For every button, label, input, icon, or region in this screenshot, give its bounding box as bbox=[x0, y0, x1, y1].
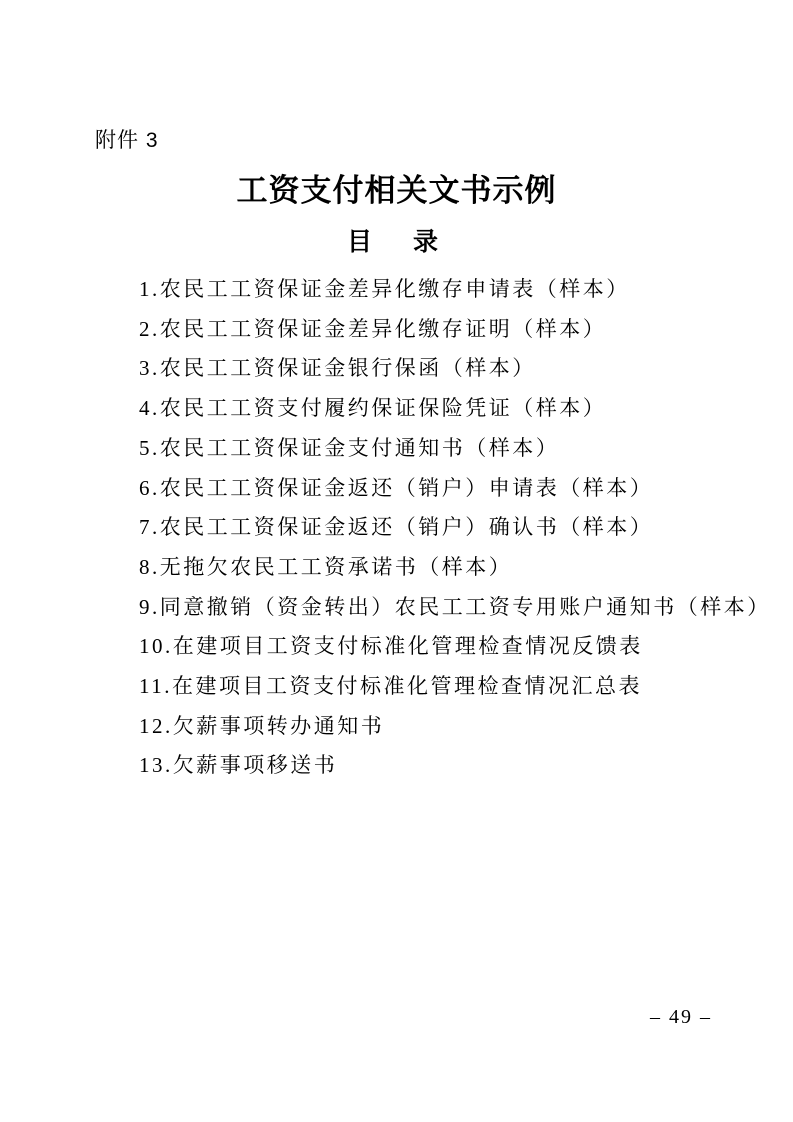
toc-item: 7.农民工工资保证金返还（销户）确认书（样本） bbox=[139, 508, 739, 548]
toc-item: 2.农民工工资保证金差异化缴存证明（样本） bbox=[139, 310, 739, 350]
attachment-label: 附件 3 bbox=[95, 124, 159, 154]
toc-item: 13.欠薪事项移送书 bbox=[139, 746, 739, 786]
toc-heading: 目 录 bbox=[0, 222, 793, 258]
document-page: 附件 3 工资支付相关文书示例 目 录 1.农民工工资保证金差异化缴存申请表（样… bbox=[0, 0, 793, 1122]
toc-item: 10.在建项目工资支付标准化管理检查情况反馈表 bbox=[139, 627, 739, 667]
toc-item: 6.农民工工资保证金返还（销户）申请表（样本） bbox=[139, 469, 739, 509]
toc-item: 5.农民工工资保证金支付通知书（样本） bbox=[139, 429, 739, 469]
document-title: 工资支付相关文书示例 bbox=[0, 165, 793, 210]
toc-item: 12.欠薪事项转办通知书 bbox=[139, 707, 739, 747]
toc-list: 1.农民工工资保证金差异化缴存申请表（样本） 2.农民工工资保证金差异化缴存证明… bbox=[139, 270, 739, 786]
toc-item: 3.农民工工资保证金银行保函（样本） bbox=[139, 349, 739, 389]
toc-item: 1.农民工工资保证金差异化缴存申请表（样本） bbox=[139, 270, 739, 310]
toc-item: 4.农民工工资支付履约保证保险凭证（样本） bbox=[139, 389, 739, 429]
toc-item: 11.在建项目工资支付标准化管理检查情况汇总表 bbox=[139, 667, 739, 707]
toc-item: 8.无拖欠农民工工资承诺书（样本） bbox=[139, 548, 739, 588]
page-number: – 49 – bbox=[650, 1006, 712, 1029]
toc-item: 9.同意撤销（资金转出）农民工工资专用账户通知书（样本） bbox=[139, 588, 739, 628]
